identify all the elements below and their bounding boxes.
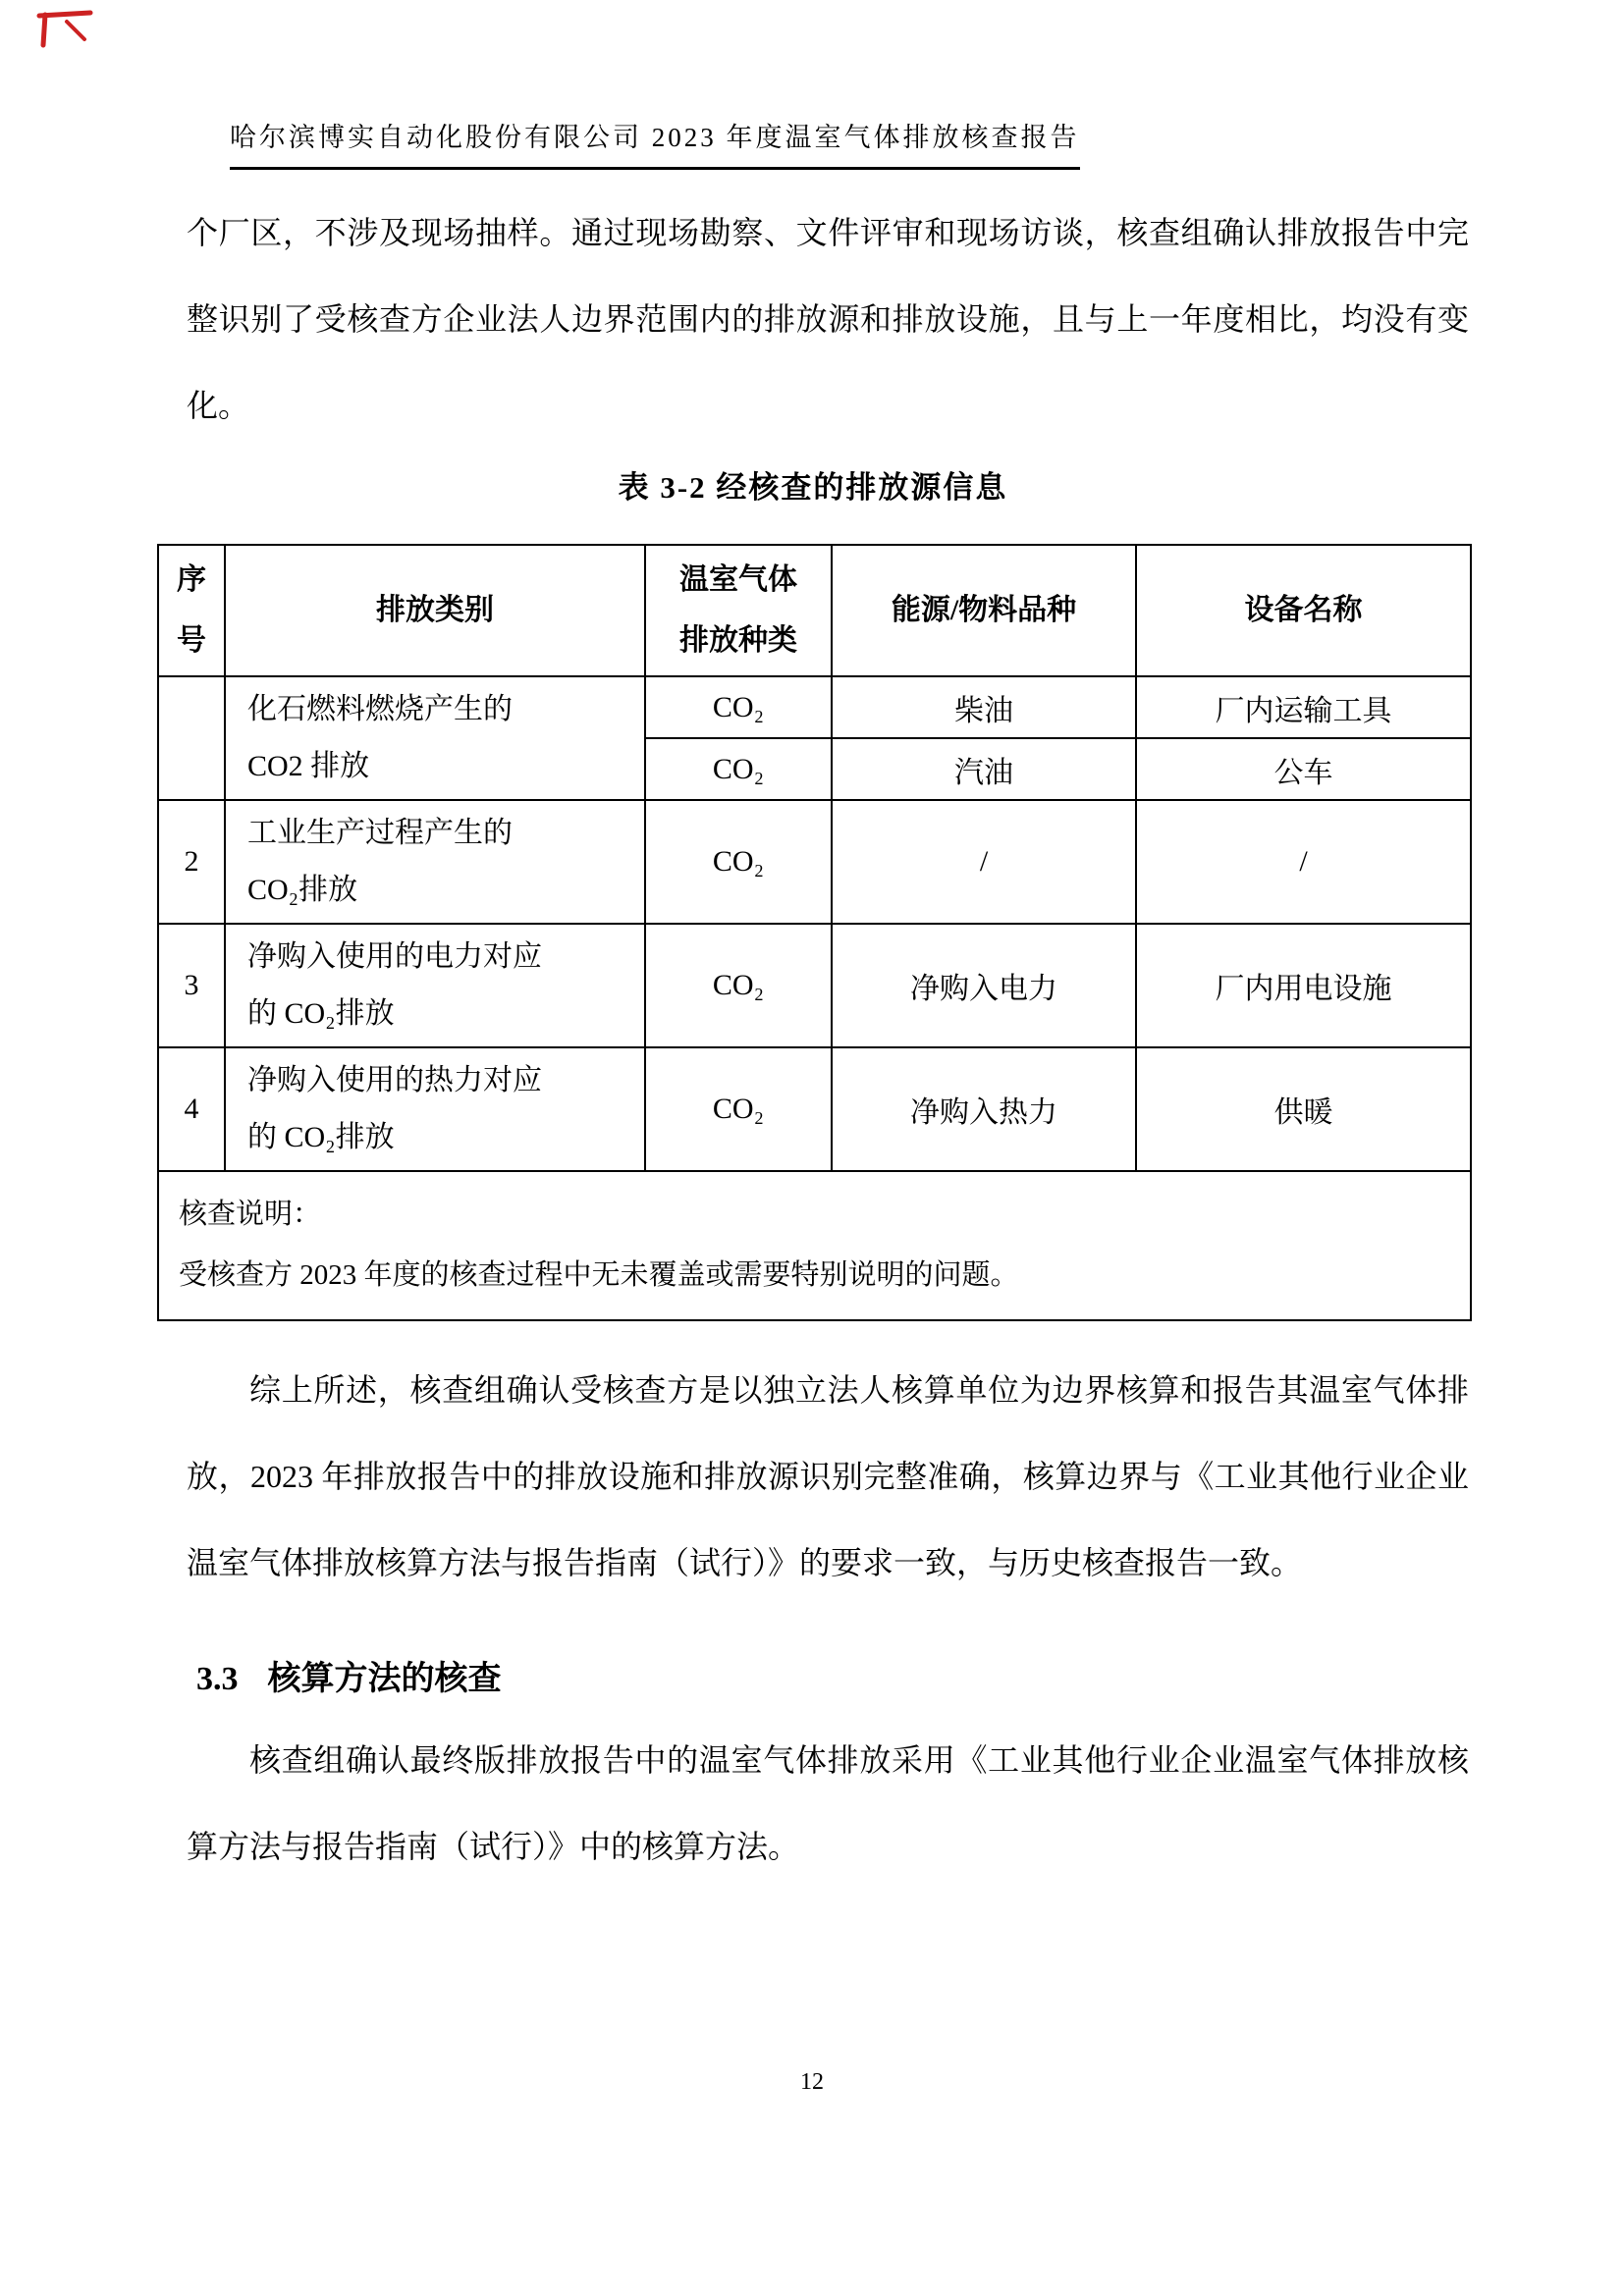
- cell-fuel: /: [832, 800, 1136, 924]
- cell-fuel: 净购入电力: [832, 924, 1136, 1047]
- cell-category: 化石燃料燃烧产生的 CO2 排放: [225, 676, 645, 800]
- cell-equipment: 厂内运输工具: [1136, 676, 1471, 738]
- cell-category: 工业生产过程产生的 CO₂排放: [225, 800, 645, 924]
- table-note-row: 核查说明： 受核查方 2023 年度的核查过程中无未覆盖或需要特别说明的问题。: [158, 1171, 1471, 1320]
- cell-equipment: 公车: [1136, 738, 1471, 800]
- cell-equipment: /: [1136, 800, 1471, 924]
- cell-gas: CO₂: [645, 800, 832, 924]
- cell-no: [158, 676, 225, 800]
- header-emission-category: 排放类别: [225, 545, 645, 676]
- table-row: 4 净购入使用的热力对应 的 CO₂排放 CO₂ 净购入热力 供暖: [158, 1047, 1471, 1171]
- emission-sources-table: 序号 排放类别 温室气体 排放种类 能源/物料品种 设备名称 化石燃料燃烧产生的…: [157, 544, 1472, 1321]
- cell-no: 3: [158, 924, 225, 1047]
- document-page: 哈尔滨博实自动化股份有限公司 2023 年度温室气体排放核查报告 个厂区，不涉及…: [0, 0, 1624, 2296]
- cell-category: 净购入使用的电力对应 的 CO₂排放: [225, 924, 645, 1047]
- red-annotation-mark: [33, 6, 98, 49]
- paragraph-boundary-confirmation: 个厂区，不涉及现场抽样。通过现场勘察、文件评审和现场访谈，核查组确认排放报告中完…: [187, 189, 1469, 449]
- table-row: 3 净购入使用的电力对应 的 CO₂排放 CO₂ 净购入电力 厂内用电设施: [158, 924, 1471, 1047]
- section-number: 3.3: [196, 1661, 239, 1697]
- paragraph-method: 核查组确认最终版排放报告中的温室气体排放采用《工业其他行业企业温室气体排放核算方…: [187, 1717, 1469, 1890]
- header-seq-no: 序号: [158, 545, 225, 676]
- header-ghg-type: 温室气体 排放种类: [645, 545, 832, 676]
- cell-gas: CO₂: [645, 738, 832, 800]
- table-row: 2 工业生产过程产生的 CO₂排放 CO₂ / /: [158, 800, 1471, 924]
- cell-no: 2: [158, 800, 225, 924]
- cell-fuel: 净购入热力: [832, 1047, 1136, 1171]
- cell-gas: CO₂: [645, 1047, 832, 1171]
- cell-no: 4: [158, 1047, 225, 1171]
- cell-fuel: 柴油: [832, 676, 1136, 738]
- cell-fuel: 汽油: [832, 738, 1136, 800]
- running-head: 哈尔滨博实自动化股份有限公司 2023 年度温室气体排放核查报告: [230, 116, 1080, 170]
- section-heading: 3.3核算方法的核查: [196, 1651, 1469, 1699]
- cell-category: 净购入使用的热力对应 的 CO₂排放: [225, 1047, 645, 1171]
- cell-gas: CO₂: [645, 676, 832, 738]
- cell-equipment: 厂内用电设施: [1136, 924, 1471, 1047]
- verification-note: 核查说明： 受核查方 2023 年度的核查过程中无未覆盖或需要特别说明的问题。: [158, 1171, 1471, 1320]
- table-header-row: 序号 排放类别 温室气体 排放种类 能源/物料品种 设备名称: [158, 545, 1471, 676]
- section-title: 核算方法的核查: [268, 1661, 502, 1697]
- cell-equipment: 供暖: [1136, 1047, 1471, 1171]
- table-row: 化石燃料燃烧产生的 CO2 排放 CO₂ 柴油 厂内运输工具: [158, 676, 1471, 738]
- header-equipment-name: 设备名称: [1136, 545, 1471, 676]
- header-energy-material: 能源/物料品种: [832, 545, 1136, 676]
- paragraph-conclusion: 综上所述，核查组确认受核查方是以独立法人核算单位为边界核算和报告其温室气体排放，…: [187, 1347, 1469, 1606]
- cell-gas: CO₂: [645, 924, 832, 1047]
- page-number: 12: [0, 2069, 1624, 2096]
- table-caption: 表 3-2 经核查的排放源信息: [157, 462, 1469, 507]
